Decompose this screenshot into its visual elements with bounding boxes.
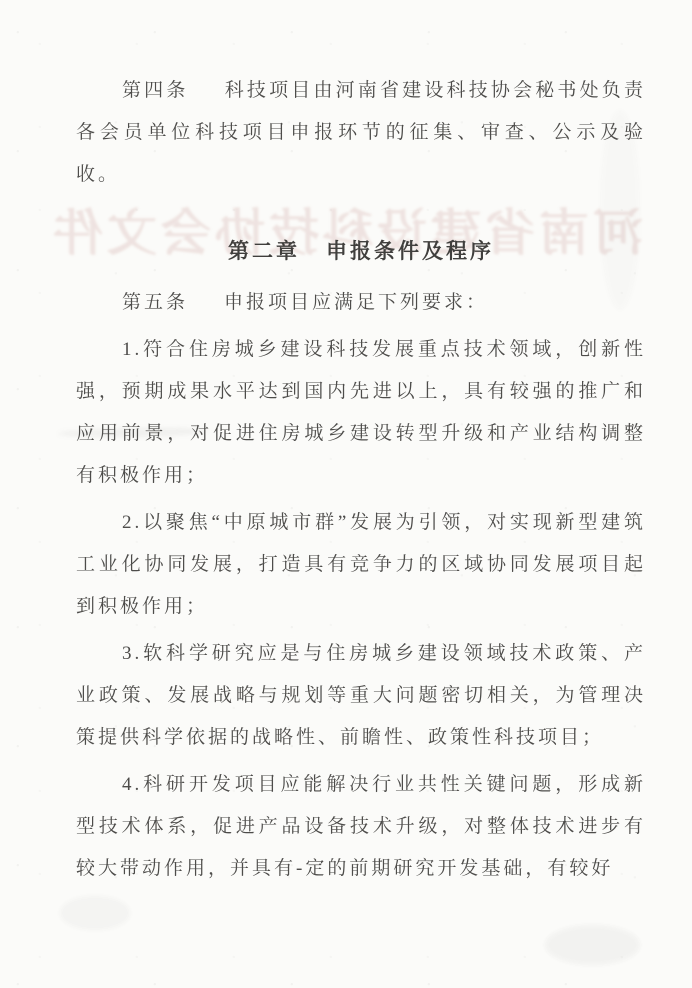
article-5-paragraph: 第五条申报项目应满足下列要求： xyxy=(76,282,646,324)
chapter-heading: 第二章申报条件及程序 xyxy=(76,230,646,272)
document-body: 第四条科技项目由河南省建设科技协会秘书处负责各会员单位科技项目申报环节的征集、审… xyxy=(76,70,646,890)
scan-smudge xyxy=(60,896,130,930)
requirement-item-4-text: 4.科研开发项目应能解决行业共性关键问题，形成新型技术体系，促进产品设备技术升级… xyxy=(76,774,646,879)
scan-smudge xyxy=(545,925,640,965)
chapter-title: 申报条件及程序 xyxy=(326,239,494,263)
requirement-item-3: 3.软科学研究应是与住房城乡建设领域技术政策、产业政策、发展战略与规划等重大问题… xyxy=(76,633,646,759)
article-5-text: 申报项目应满足下列要求： xyxy=(224,292,488,313)
article-4-paragraph: 第四条科技项目由河南省建设科技协会秘书处负责各会员单位科技项目申报环节的征集、审… xyxy=(76,70,646,196)
chapter-number: 第二章 xyxy=(228,239,300,263)
requirement-item-2-text: 2.以聚焦“中原城市群”发展为引领，对实现新型建筑工业化协同发展，打造具有竞争力… xyxy=(76,512,646,617)
requirement-item-4: 4.科研开发项目应能解决行业共性关键问题，形成新型技术体系，促进产品设备技术升级… xyxy=(76,764,646,890)
document-page: 河南省建设科技协会文件 第四条科技项目由河南省建设科技协会秘书处负责各会员单位科… xyxy=(0,0,692,988)
requirement-item-1-text: 1.符合住房城乡建设科技发展重点技术领域，创新性强，预期成果水平达到国内先进以上… xyxy=(76,339,646,486)
article-4-number: 第四条 xyxy=(122,80,189,101)
requirement-item-2: 2.以聚焦“中原城市群”发展为引领，对实现新型建筑工业化协同发展，打造具有竞争力… xyxy=(76,502,646,628)
requirement-item-3-text: 3.软科学研究应是与住房城乡建设领域技术政策、产业政策、发展战略与规划等重大问题… xyxy=(76,643,646,748)
requirement-item-1: 1.符合住房城乡建设科技发展重点技术领域，创新性强，预期成果水平达到国内先进以上… xyxy=(76,329,646,497)
article-5-number: 第五条 xyxy=(122,292,188,313)
